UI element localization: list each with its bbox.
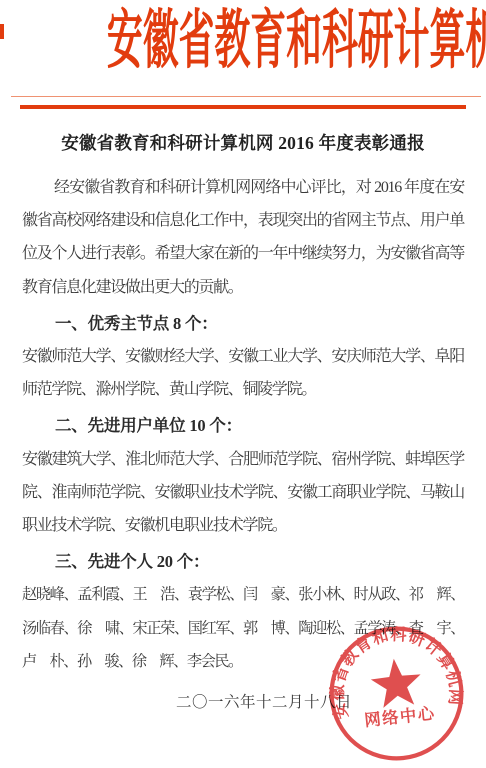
section-content-advanced-individuals: 赵晓峰、孟利霞、王 浩、袁学松、闫 豪、张小林、时从政、祁 辉、汤临春、徐 啸、… xyxy=(22,578,464,678)
section-content-advanced-units: 安徽建筑大学、淮北师范大学、合肥师范学院、宿州学院、蚌埠医学院、淮南师范学院、安… xyxy=(22,443,464,543)
document-date: 二〇一六年十二月十八日 xyxy=(22,692,464,714)
divider-thin xyxy=(11,96,481,97)
section-heading-advanced-individuals: 三、先进个人 20 个： xyxy=(22,545,464,578)
banner-edge-mark xyxy=(0,24,4,39)
letterhead-title: 安徽省教育和科研计算机网 xyxy=(107,0,379,74)
section-heading-top-nodes: 一、优秀主节点 8 个： xyxy=(22,307,464,340)
section-content-top-nodes: 安徽师范大学、安徽财经大学、安徽工业大学、安庆师范大学、阜阳师范学院、滁州学院、… xyxy=(22,340,464,406)
intro-paragraph: 经安徽省教育和科研计算机网网络中心评比，对 2016 年度在安徽省高校网络建设和… xyxy=(22,171,464,304)
divider-thick xyxy=(20,105,466,109)
announcement-page: 安徽省教育和科研计算机网 安徽省教育和科研计算机网 2016 年度表彰通报 经安… xyxy=(0,0,486,768)
section-heading-advanced-units: 二、先进用户单位 10 个： xyxy=(22,409,464,442)
document-body: 安徽省教育和科研计算机网 2016 年度表彰通报 经安徽省教育和科研计算机网网络… xyxy=(0,131,486,714)
document-title: 安徽省教育和科研计算机网 2016 年度表彰通报 xyxy=(22,131,464,155)
